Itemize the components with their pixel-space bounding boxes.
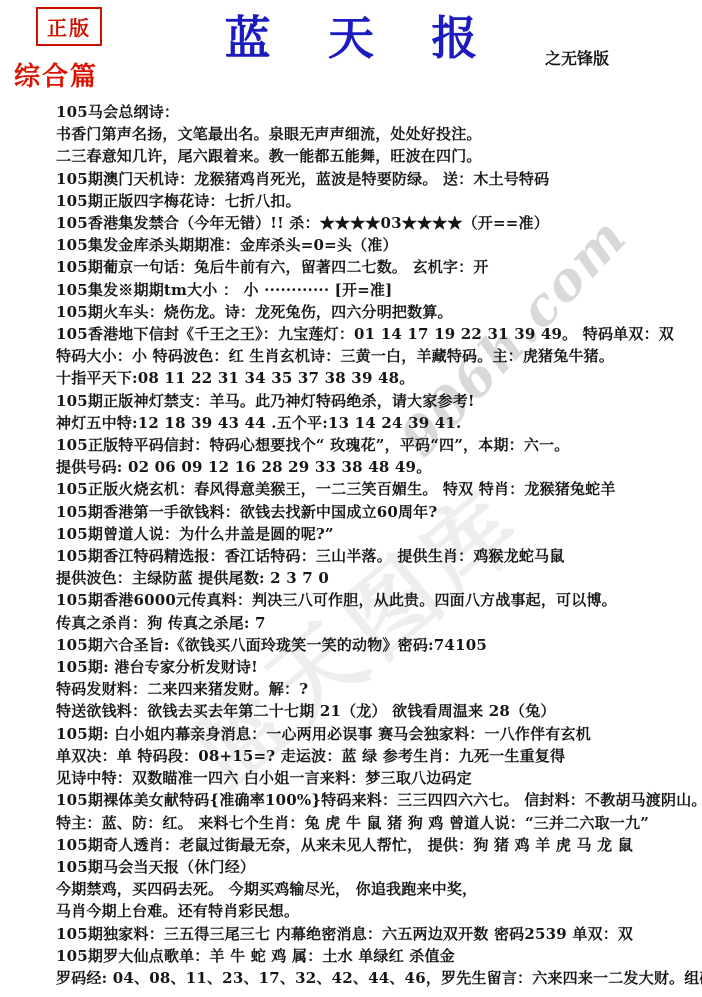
report-line: 特码大小：小 特码波色：红 生肖玄机诗：三黄一白，羊藏特码。主：虎猪兔牛猪。 <box>56 345 688 367</box>
report-line: 105集发金库杀头期期准：金库杀头=0=头（准） <box>56 234 688 256</box>
report-line: 今期禁鸡，买四码去死。 今期买鸡输尽光， 你追我跑来中奖， <box>56 878 688 900</box>
report-line: 105期香港6000元传真料：判决三八可作胆，从此贵。四面八方战事起，可以博。 <box>56 589 688 611</box>
report-line: 105马会总纲诗： <box>56 101 688 123</box>
report-line: 105期正版神灯禁支：羊马。此乃神灯特码绝杀，请大家参考! <box>56 390 688 412</box>
newspaper-page: 蓝天图库 906h.com 正版 蓝 天 报 之无锋版 综合篇 105马会总纲诗… <box>0 0 702 997</box>
report-line: 十指平天下:08 11 22 31 34 35 37 38 39 48。 <box>56 367 688 389</box>
report-body: 105马会总纲诗： 书香门第声名扬，文笔最出名。泉眼无声声细流，处处好投注。 二… <box>56 101 688 989</box>
report-line: 马肖今期上台难。还有特肖彩民想。 <box>56 900 688 922</box>
report-line: 见诗中特：双数瞄准一四六 白小姐一言来料：梦三取八边码定 <box>56 767 688 789</box>
report-line: 特主：蓝、防：红。 来料七个生肖：兔 虎 牛 鼠 猪 狗 鸡 曾道人说：“三并二… <box>56 812 688 834</box>
report-line: 提供波色：主绿防蓝 提供尾数: 2 3 7 0 <box>56 567 688 589</box>
report-line: 105期罗大仙点歌单：羊 牛 蛇 鸡 属：土水 单绿红 杀值金 <box>56 945 688 967</box>
report-line: 105期: 白小姐内幕亲身消息：一心两用必误事 赛马会独家料：一八作伴有玄机 <box>56 723 688 745</box>
report-line: 105期香港第一手欲钱料：欲钱去找新中国成立60周年? <box>56 501 688 523</box>
report-line: 提供号码: 02 06 09 12 16 28 29 33 38 48 49。 <box>56 456 688 478</box>
report-line: 105期曾道人说：为什么井盖是圆的呢?” <box>56 523 688 545</box>
report-line: 105集发※期期tm大小 ： 小 ············ [开=准] <box>56 279 688 301</box>
report-line: 特送欲钱料：欲钱去买去年第二十七期 21（龙） 欲钱看周温来 28（兔） <box>56 700 688 722</box>
report-line: 105香港地下信封《千王之王》：九宝莲灯：01 14 17 19 22 31 3… <box>56 323 688 345</box>
report-line: 105期香江特码精选报：香江话特码：三山半落。 提供生肖：鸡猴龙蛇马鼠 <box>56 545 688 567</box>
report-line: 105期奇人透肖：老鼠过街最无奈，从来未见人帮忙， 提供：狗 猪 鸡 羊 虎 马… <box>56 834 688 856</box>
report-line: 105期: 港台专家分析发财诗! <box>56 656 688 678</box>
report-line: 105期火车头：烧伤龙。诗：龙死兔伤，四六分明把数算。 <box>56 301 688 323</box>
report-line: 105期裸体美女献特码{准确率100%}特码来料：三三四四六六七。 信封料：不教… <box>56 789 688 811</box>
report-line: 单双决：单 特码段：08+15=? 走运波：蓝 绿 参考生肖：九死一生重复得 <box>56 745 688 767</box>
report-line: 二三春意知几许，尾六跟着来。教一能都五能舞，旺波在四门。 <box>56 145 688 167</box>
edition-label: 之无锋版 <box>545 46 609 69</box>
report-line: 特码发财料：二来四来猪发财。解：? <box>56 678 688 700</box>
report-line: 105香港集发禁合（今年无错）!! 杀：★★★★03★★★★（开==准） <box>56 212 688 234</box>
section-title: 综合篇 <box>14 56 98 93</box>
report-line: 105正版火烧玄机：春风得意美猴王，一二三笑百媚生。 特双 特肖：龙猴猪兔蛇羊 <box>56 478 688 500</box>
report-line: 105期正版四字梅花诗：七折八扣。 <box>56 190 688 212</box>
report-line: 105期六合圣旨:《欲钱买八面玲珑笑一笑的动物》密码:74105 <box>56 634 688 656</box>
report-line: 105期独家料：三五得三尾三七 内幕绝密消息：六五两边双开数 密码2539 单双… <box>56 923 688 945</box>
report-line: 105期马会当天报（休门经） <box>56 856 688 878</box>
report-line: 书香门第声名扬，文笔最出名。泉眼无声声细流，处处好投注。 <box>56 123 688 145</box>
report-line: 罗码经: 04、08、11、23、17、32、42、44、46，罗先生留言：六来… <box>56 967 688 989</box>
report-line: 105期澳门天机诗：龙猴猪鸡肖死光，蓝波是特要防绿。 送：木土号特码 <box>56 168 688 190</box>
report-line: 传真之杀肖：狗 传真之杀尾: 7 <box>56 612 688 634</box>
report-line: 105正版特平码信封：特码心想要找个“ 玫瑰花”，平码“四”，本期：六一。 <box>56 434 688 456</box>
report-line: 神灯五中特:12 18 39 43 44 .五个平:13 14 24 39 41… <box>56 412 688 434</box>
report-line: 105期葡京一句话：兔后牛前有六，留著四二七数。 玄机字：开 <box>56 256 688 278</box>
